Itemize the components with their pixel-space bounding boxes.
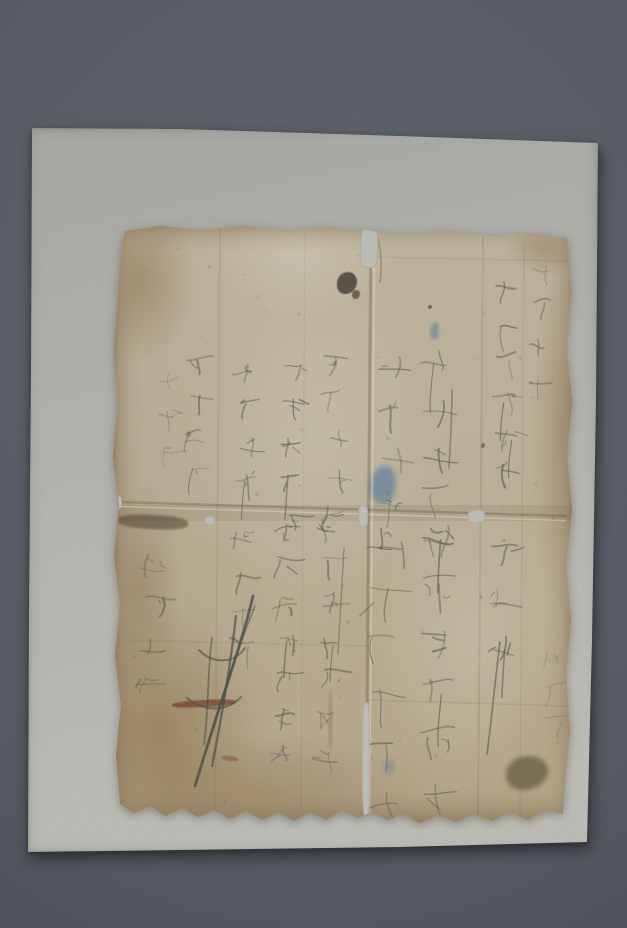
foxing-freckles [132, 248, 558, 803]
handwriting-column-r3 [421, 351, 458, 557]
handwriting-layer [0, 0, 627, 928]
handwriting-column-r8 [544, 650, 573, 738]
fold-creases [120, 230, 567, 818]
letter-paper [0, 0, 627, 928]
photo-scene: Photograph of an aged, heavily creased h… [0, 0, 627, 928]
handwriting-column-l3 [281, 365, 314, 530]
handwriting-column-r4 [421, 526, 456, 814]
handwriting-column-l9 [159, 373, 187, 466]
handwriting-column-l8 [136, 555, 175, 693]
handwriting-column-l2 [312, 519, 351, 774]
letter-paper-shadow [0, 0, 627, 928]
handwriting-column-l5 [232, 364, 264, 519]
handwriting-column-r7 [489, 540, 524, 698]
handwriting-column-l7 [184, 356, 213, 494]
handwriting-column-r1 [530, 266, 552, 400]
handwriting-column-l1 [321, 356, 352, 530]
handwriting-column-l4 [270, 524, 305, 761]
scribble-flourish [187, 596, 255, 786]
long-tail-strokes [338, 390, 500, 754]
handwriting-column-r5 [379, 357, 413, 569]
